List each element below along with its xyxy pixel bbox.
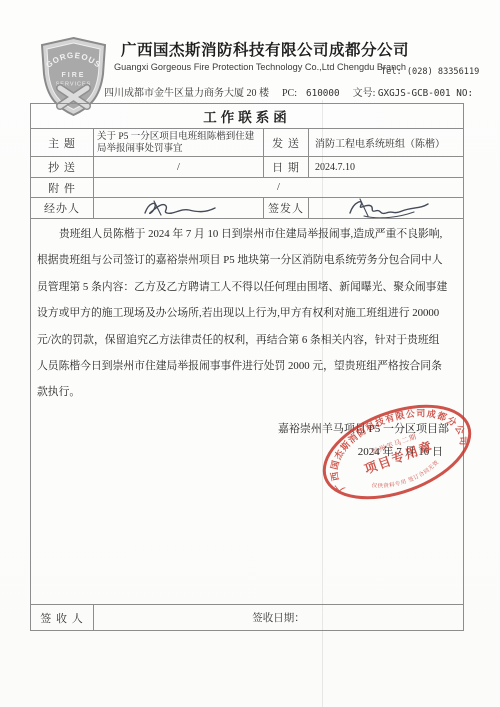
- date-label: 日 期: [263, 156, 308, 177]
- issuer-signature: [340, 197, 432, 219]
- company-name-cn: 广西国杰斯消防科技有限公司成都分公司: [112, 38, 418, 60]
- issuer-label: 签发人: [263, 197, 308, 218]
- signoff-date: 2024 年 7 月 10 日: [37, 445, 457, 460]
- letter-paragraph: 贵班组人员陈楷于 2024 年 7 月 10 日到崇州市住建局举报闹事,造成严重…: [37, 221, 457, 406]
- subject-value: 关于 P5 一分区项目电班组陈楷到住建局举报闹事处罚事宜: [93, 128, 263, 156]
- company-address: 四川成都市金牛区量力商务大厦 20 楼: [104, 88, 269, 99]
- attachment-label: 附 件: [31, 177, 93, 197]
- subject-label: 主 题: [31, 128, 93, 156]
- attachment-value: /: [93, 177, 463, 197]
- doc-no-value: GXGJS-GCB-001 NO:: [378, 88, 473, 99]
- handler-label: 经办人: [31, 197, 93, 218]
- cc-value: /: [93, 156, 263, 177]
- logo-mid-text: FIRE: [62, 72, 86, 79]
- company-tel: Tel: (028) 83356119: [381, 67, 479, 77]
- company-name-en: Guangxi Gorgeous Fire Protection Technol…: [98, 62, 422, 72]
- cc-label: 抄 送: [31, 156, 93, 177]
- send-label: 发 送: [263, 128, 308, 156]
- document-page: GORGEOUS FIRE SERVICES 广西国杰斯消防科技有限公司成都分公…: [0, 0, 500, 707]
- handler-signature: [137, 198, 221, 218]
- pc-value: 610000: [306, 88, 340, 99]
- signoff-organization: 嘉裕崇州羊马项目 P5 一分区项目部: [37, 422, 457, 437]
- scan-fold-line: [322, 100, 323, 707]
- date-value: 2024.7.10: [308, 156, 463, 177]
- form-title: 工作联系函: [31, 104, 463, 128]
- company-address-line: 四川成都市金牛区量力商务大厦 20 楼PC:610000文号: GXGJS-GC…: [104, 84, 484, 99]
- send-value: 消防工程电系统班组（陈楷）: [308, 128, 463, 156]
- receipt-label: 签 收 人: [31, 604, 93, 630]
- receipt-date-label: 签收日期：: [93, 604, 463, 630]
- issuer-signature-cell: [308, 197, 463, 218]
- work-contact-form: 工作联系函 主 题 关于 P5 一分区项目电班组陈楷到住建局举报闹事处罚事宜 发…: [30, 103, 464, 631]
- doc-no-label: 文号:: [353, 88, 376, 99]
- letter-body-cell: 贵班组人员陈楷于 2024 年 7 月 10 日到崇州市住建局举报闹事,造成严重…: [31, 218, 463, 604]
- handler-signature-cell: [93, 197, 263, 218]
- pc-label: PC:: [282, 88, 297, 99]
